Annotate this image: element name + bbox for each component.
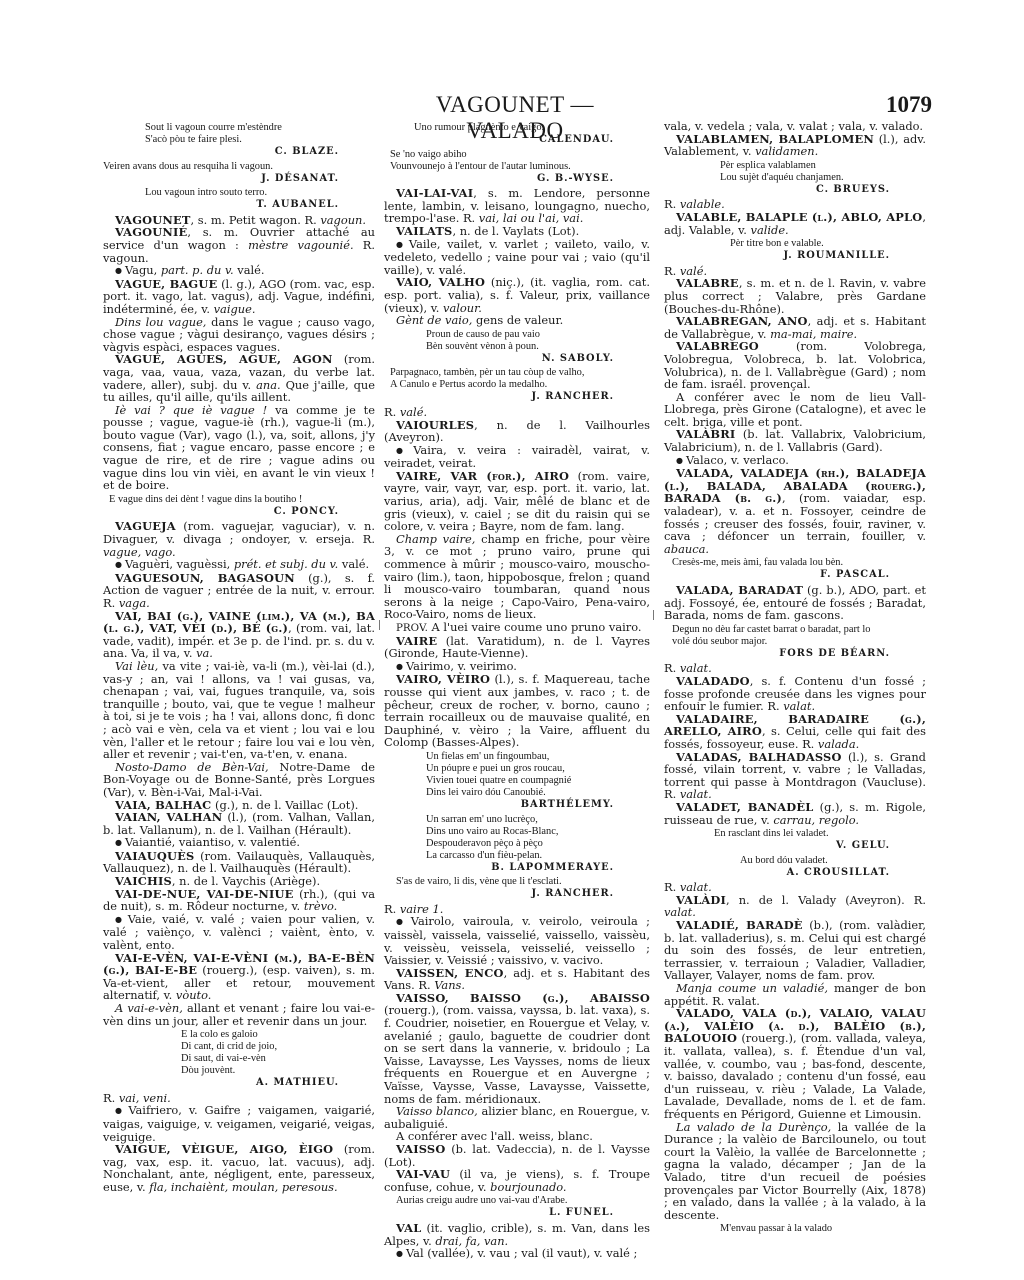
dictionary-entry: VALADO, VALA (d.), VALAIO, VALAU (a.), V…: [664, 1007, 926, 1120]
dictionary-entry: VAGUESOUN, BAGASOUN (g.), s. f. Action d…: [103, 572, 375, 610]
variant-entry: Vaiantié, vaiantiso, v. valentié.: [103, 836, 375, 850]
variant-italic: part. p. du v.: [161, 263, 234, 277]
dictionary-entry: VAISSO (b. lat. Vadeccia), n. de l. Vays…: [384, 1143, 650, 1168]
bullet-icon: [396, 443, 413, 457]
gutter-mark: [653, 610, 654, 620]
proverb-text: A l'uei vaire coume uno pruno vairo.: [428, 620, 642, 634]
variant-text: Vaile, vailet, v. varlet ; vaileto, vail…: [384, 237, 650, 277]
verse-line: Uno rumour plagnènto e vaigo.: [414, 122, 650, 134]
etymology-ref: validamen.: [755, 144, 818, 158]
quote-author: C. PONCY.: [103, 506, 375, 519]
verse-quote: Un sarran em' uno lucrèço,Dins uno vairo…: [384, 814, 650, 862]
etymology-ref: mèstre vagounié.: [248, 238, 353, 252]
verse-quote: Degun no dèu far castet barrat o baradat…: [664, 624, 926, 648]
dictionary-entry: VAI-LAI-VAI, s. m. Lendore, personne len…: [384, 187, 650, 225]
verse-quote: E la colo es galoioDi cant, di crid de j…: [103, 1029, 375, 1077]
verse-line: Degun no dèu far castet barrat o baradat…: [672, 624, 926, 636]
usage-paragraph: Manja coume un valadié, manger de bon ap…: [664, 982, 926, 1007]
verse-line: S'as de vairo, li dis, vène que li t'esc…: [396, 876, 650, 888]
usage-text: va vite ; vai-iè, va-li (m.), vèi-lai (d…: [103, 659, 375, 761]
dictionary-entry: VALADAS, BALHADASSO (l.), s. Grand fossé…: [664, 751, 926, 801]
bullet-icon: [115, 835, 125, 849]
usage-text: A conférer avec le nom de lieu Vall-Llob…: [664, 390, 926, 429]
verse-quote: Sout li vagoun courre m'estèndreS'acò pò…: [103, 122, 375, 146]
bullet-icon: [115, 1103, 128, 1117]
definition: (it. vaglio, crible), s. m. Van, dans le…: [384, 1221, 650, 1248]
verse-quote: Pèr titre bon e valable.: [664, 238, 926, 250]
dictionary-entry: VALABREGO (rom. Volobrega, Volobregua, V…: [664, 340, 926, 390]
dictionary-entry: VALADADO, s. f. Contenu d'un fossé ; fos…: [664, 675, 926, 713]
verse-line: S'acò pòu te faire plesi.: [145, 134, 375, 146]
variant-text: Vaira, v. veira : vairadèl, vairat, v. v…: [384, 443, 650, 471]
dictionary-entry: VALADA, BARADAT (g. b.), ADO, part. et a…: [664, 584, 926, 622]
bullet-icon: [396, 1246, 406, 1260]
verse-line: Parpagnaco, tambèn, pèr un tau còup de v…: [390, 367, 650, 379]
usage-paragraph: Vai lèu, va vite ; vai-iè, va-li (m.), v…: [103, 660, 375, 761]
verse-line: Di saut, di vai-e-vèn: [181, 1053, 375, 1065]
variant-tail: valé.: [234, 263, 265, 277]
bullet-icon: [115, 912, 128, 926]
verse-line: Sout li vagoun courre m'estèndre: [145, 122, 375, 134]
verse-line: Lou vagoun intro souto terro.: [145, 187, 375, 199]
quote-author: A. MATHIEU.: [103, 1077, 375, 1090]
etymology-ref: abauca.: [664, 542, 709, 556]
dictionary-entry: VALABRE, s. m. et n. de l. Ravin, v. vab…: [664, 277, 926, 315]
verse-quote: Se 'no vaigo abihoVounvounejo à l'entour…: [384, 149, 650, 173]
variant-entry: Val (vallée), v. vau ; val (il vaut), v.…: [384, 1247, 650, 1261]
variant-text: Vagu,: [125, 263, 161, 277]
variant-entry: Vagu, part. p. du v. valé.: [103, 264, 375, 278]
variant-text: Valaco, v. verlaco.: [686, 453, 789, 467]
page-header: VAGOUNET — VALADO 1079: [0, 92, 1024, 122]
bullet-icon: [396, 237, 409, 251]
bullet-icon: [115, 263, 125, 277]
verse-line: Aurias creigu audre uno vai-vau d'Arabe.: [396, 1195, 650, 1207]
variant-text: Vairolo, vairoula, v. veirolo, veiroula …: [384, 914, 650, 967]
variant-entry: Vaile, vailet, v. varlet ; vaileto, vail…: [384, 238, 650, 277]
variant-text: Vaguèri, vaguèssi,: [125, 557, 234, 571]
etymology-ref: fla, inchaiènt, moulan, peresous.: [149, 1180, 337, 1194]
verse-line: M'envau passar à la valado: [720, 1223, 926, 1235]
usage-paragraph: Nosto-Damo de Bèn-Vai, Notre-Dame de Bon…: [103, 761, 375, 799]
variant-text: Val (vallée), v. vau ; val (il vaut), v.…: [406, 1246, 637, 1260]
dictionary-entry: VALÀBRI (b. lat. Vallabrix, Valobricium,…: [664, 428, 926, 453]
bullet-icon: [396, 914, 411, 928]
dictionary-entry: VALADA, VALADEJA (rh.), BALADEJA (l.), B…: [664, 467, 926, 555]
quote-author: BARTHÉLEMY.: [384, 799, 650, 812]
variant-entry: Vairolo, vairoula, v. veirolo, veiroula …: [384, 915, 650, 966]
dictionary-entry: VAIRE (lat. Varatidum), n. de l. Vayres …: [384, 635, 650, 660]
proverb: PROV. A l'uei vaire coume uno pruno vair…: [384, 621, 650, 635]
verse-line: Pèr titre bon e valable.: [730, 238, 926, 250]
dictionary-entry: VAI-DE-NUE, VAI-DE-NIUE (rh.), (qui va d…: [103, 888, 375, 913]
dictionary-entry: VAISSO, BAISSO (g.), ABAISSO (rouerg.), …: [384, 992, 650, 1105]
verse-quote: S'as de vairo, li dis, vène que li t'esc…: [384, 876, 650, 888]
usage-text: champ en friche, pour vèire 3, v. ce mot…: [384, 532, 650, 622]
column-3: vala, v. vedela ; vala, v. valat ; vala,…: [664, 120, 926, 1235]
dictionary-entry: VAI, BAI (g.), VAINE (lim.), VA (m.), BA…: [103, 610, 375, 660]
usage-paragraph: Iè vai ? que iè vague ! va comme je te p…: [103, 404, 375, 492]
verse-quote: Veiren avans dous au resquiha li vagoun.: [103, 161, 375, 173]
variant-entry: Vaguèri, vaguèssi, prét. et subj. du v. …: [103, 558, 375, 572]
verse-quote: Un fielas em' un fingoumbau,Un póupre e …: [384, 751, 650, 799]
usage-paragraph: A conférer avec le nom de lieu Vall-Llob…: [664, 391, 926, 429]
quote-author: N. SABOLY.: [384, 353, 650, 366]
verse-quote: Aurias creigu audre uno vai-vau d'Arabe.: [384, 1195, 650, 1207]
verse-line: La carcasso d'un fièu-pelan.: [426, 850, 650, 862]
quote-author: J. RANCHER.: [384, 888, 650, 901]
verse-line: Cresès-me, meis àmi, fau valada lou bèn.: [672, 557, 926, 569]
verse-line: volé dóu seubor major.: [672, 636, 926, 648]
usage-paragraph: Gènt de vaio, gens de valeur.: [384, 314, 650, 327]
quote-author: F. PASCAL.: [664, 569, 926, 582]
dictionary-entry: VAIGUE, VÈIGUE, AIGO, ÈIGO (rom. vag, va…: [103, 1143, 375, 1193]
quote-author: G. B.-WYSE.: [384, 173, 650, 186]
gutter-mark: [379, 620, 380, 630]
verse-line: Un póupre e puei un gros roucau,: [426, 763, 650, 775]
dictionary-entry: VAIRE, VAR (for.), AIRO (rom. vaire, vay…: [384, 470, 650, 533]
dictionary-entry: VALADIÉ, BARADÈ (b.), (rom. valàdier, b.…: [664, 919, 926, 982]
verse-line: Dòu jouvènt.: [181, 1065, 375, 1077]
variant-text: Vaie, vaié, v. valé ; vaien pour valien,…: [103, 912, 375, 952]
variant-entry: Vairimo, v. veirimo.: [384, 660, 650, 674]
variant-italic: prét. et subj. du v.: [234, 557, 338, 571]
page-number: 1079: [886, 92, 932, 118]
verse-line: E la colo es galoio: [181, 1029, 375, 1041]
variant-tail: valé.: [338, 557, 369, 571]
verse-quote: M'envau passar à la valado: [664, 1223, 926, 1235]
variant-text: Vaifriero, v. Gaifre ; vaigamen, vaigari…: [103, 1103, 375, 1143]
dictionary-entry: VALÀDI, n. de l. Valady (Aveyron). R. va…: [664, 894, 926, 919]
dictionary-entry: VAIAN, VALHAN (l.), (rom. Valhan, Vallan…: [103, 811, 375, 836]
dictionary-entry: VALABLE, BALAPLE (l.), ABLO, APLO, adj. …: [664, 211, 926, 236]
dictionary-entry: VALABLAMEN, BALAPLOMEN (l.), adv. Valabl…: [664, 133, 926, 158]
bullet-icon: [676, 453, 686, 467]
usage-paragraph: Vaisso blanco, alizier blanc, en Rouergu…: [384, 1105, 650, 1130]
quote-author: J. ROUMANILLE.: [664, 250, 926, 263]
dictionary-entry: VAGOUNIÉ, s. m. Ouvrier attaché au servi…: [103, 226, 375, 264]
etymology-ref: bourjounado.: [490, 1180, 566, 1194]
dictionary-entry: VAIAUQUÈS (rom. Vailauquès, Vallauquès, …: [103, 850, 375, 875]
verse-line: Vivien touei quatre en coumpagnié: [426, 775, 650, 787]
verse-line: E vague dins dei dènt ! vague dins la bo…: [109, 494, 375, 506]
verse-line: En rasclant dins lei valadet.: [714, 828, 926, 840]
dictionary-entry: VAISSEN, ENCO, adj. et s. Habitant des V…: [384, 967, 650, 992]
verse-line: Despouderavon pèço à pèço: [426, 838, 650, 850]
verse-line: A Canulo e Pertus acordo la medalho.: [390, 379, 650, 391]
usage-paragraph: A vai-e-vèn, allant et venant ; faire lo…: [103, 1002, 375, 1027]
dictionary-entry: VALABREGAN, ANO, adj. et s. Habitant de …: [664, 315, 926, 340]
verse-quote: Lou vagoun intro souto terro.: [103, 187, 375, 199]
quote-author: CALENDAU.: [384, 134, 650, 147]
dictionary-entry: VAIRO, VÈIRO (l.), s. f. Maquereau, tach…: [384, 673, 650, 749]
bullet-icon: [396, 659, 406, 673]
dictionary-entry: VAL (it. vaglio, crible), s. m. Van, dan…: [384, 1222, 650, 1247]
quote-author: V. GELU.: [664, 840, 926, 853]
variant-text: Vairimo, v. veirimo.: [406, 659, 517, 673]
verse-quote: Cresès-me, meis àmi, fau valada lou bèn.: [664, 557, 926, 569]
quote-author: T. AUBANEL.: [103, 199, 375, 212]
verse-quote: En rasclant dins lei valadet.: [664, 828, 926, 840]
dictionary-entry: VAI-E-VÈN, VAI-E-VÈNI (m.), BA-E-BÈN (g.…: [103, 952, 375, 1002]
dictionary-entry: VAIO, VALHO (niç.), (it. vaglia, rom. ca…: [384, 276, 650, 314]
verse-quote: Proun de causo de pau vaioBèn souvènt vè…: [384, 329, 650, 353]
quote-author: C. BLAZE.: [103, 146, 375, 159]
dictionary-entry: VALADET, BANADÈL (g.), s. m. Rigole, rui…: [664, 801, 926, 826]
definition: , n. de l. Valady (Aveyron). R.: [726, 893, 926, 907]
bullet-icon: [115, 557, 125, 571]
verse-line: Dins uno vairo au Rocas-Blanc,: [426, 826, 650, 838]
quote-author: FORS DE BÉARN.: [664, 648, 926, 661]
proverb-label: PROV.: [396, 622, 428, 634]
verse-quote: Uno rumour plagnènto e vaigo.: [384, 122, 650, 134]
dictionary-entry: VAI-VAU (il va, je viens), s. f. Troupe …: [384, 1168, 650, 1193]
dictionary-entry: VAGUEJA (rom. vaguejar, vaguciar), v. n.…: [103, 520, 375, 558]
dictionary-entry: VAGUE, AGUES, AGUE, AGON (rom. vaga, vaa…: [103, 353, 375, 403]
dictionary-entry: VAGUE, BAGUE (l. g.), AGO (rom. vac, esp…: [103, 278, 375, 316]
dictionary-entry: VALADAIRE, BARADAIRE (g.), ARELLO, AIRO,…: [664, 713, 926, 751]
verse-line: Un sarran em' uno lucrèço,: [426, 814, 650, 826]
etymology-ref: carrau, regolo.: [773, 813, 859, 827]
verse-line: Lou sujèt d'aquéu chanjamen.: [720, 172, 926, 184]
verse-line: Veiren avans dous au resquiha li vagoun.: [103, 161, 375, 173]
usage-phrase: Gènt de vaio,: [396, 313, 472, 327]
usage-text: va comme je te pousse ; vague, vague-iè …: [103, 403, 375, 493]
verse-quote: E vague dins dei dènt ! vague dins la bo…: [103, 494, 375, 506]
usage-paragraph: Champ vaire, champ en friche, pour vèire…: [384, 533, 650, 621]
verse-line: Dins lei vairo dóu Canoubié.: [426, 787, 650, 799]
definition: (rouerg.), (rom. vallada, valeya, it. va…: [664, 1031, 926, 1121]
dictionary-entry: VAIOURLES, n. de l. Vailhourles (Aveyron…: [384, 419, 650, 444]
variant-entry: Vaie, vaié, v. valé ; vaien pour valien,…: [103, 913, 375, 952]
quote-author: J. RANCHER.: [384, 391, 650, 404]
verse-line: Se 'no vaigo abiho: [390, 149, 650, 161]
verse-line: Vounvounejo à l'entour de l'autar lumino…: [390, 161, 650, 173]
verse-line: Un fielas em' un fingoumbau,: [426, 751, 650, 763]
verse-quote: Pèr esplica valablamenLou sujèt d'aquéu …: [664, 160, 926, 184]
quote-author: B. LAPOMMERAYE.: [384, 862, 650, 875]
quote-author: J. DÉSANAT.: [103, 173, 375, 186]
variant-entry: Valaco, v. verlaco.: [664, 454, 926, 468]
usage-text: la vallée de la Durance ; la valèio de B…: [664, 1120, 926, 1222]
column-2: Uno rumour plagnènto e vaigo.CALENDAU. S…: [384, 120, 650, 1261]
etymology-ref: valide.: [751, 223, 789, 237]
usage-text: gens de valeur.: [472, 313, 563, 327]
usage-paragraph: Dins lou vague, dans le vague ; causo va…: [103, 316, 375, 354]
definition: (rouerg.), (rom. vaissa, vayssa, b. lat.…: [384, 1003, 650, 1105]
verse-line: Di cant, di crid de joio,: [181, 1041, 375, 1053]
quote-author: A. CROUSILLAT.: [664, 867, 926, 880]
verse-line: Pèr esplica valablamen: [720, 160, 926, 172]
verse-quote: Au bord dóu valadet.: [664, 855, 926, 867]
verse-quote: Parpagnaco, tambèn, pèr un tau còup de v…: [384, 367, 650, 391]
verse-line: Bèn souvènt vènon à poun.: [426, 341, 650, 353]
verse-line: Au bord dóu valadet.: [740, 855, 926, 867]
usage-paragraph: La valado de la Durènço, la vallée de la…: [664, 1121, 926, 1222]
quote-author: L. FUNEL.: [384, 1207, 650, 1220]
quote-author: C. BRUEYS.: [664, 184, 926, 197]
verse-line: Proun de causo de pau vaio: [426, 329, 650, 341]
variant-entry: Vaira, v. veira : vairadèl, vairat, v. v…: [384, 444, 650, 470]
variant-text: Vaiantié, vaiantiso, v. valentié.: [125, 835, 300, 849]
variant-entry: Vaifriero, v. Gaifre ; vaigamen, vaigari…: [103, 1104, 375, 1143]
column-1: Sout li vagoun courre m'estèndreS'acò pò…: [103, 120, 375, 1194]
